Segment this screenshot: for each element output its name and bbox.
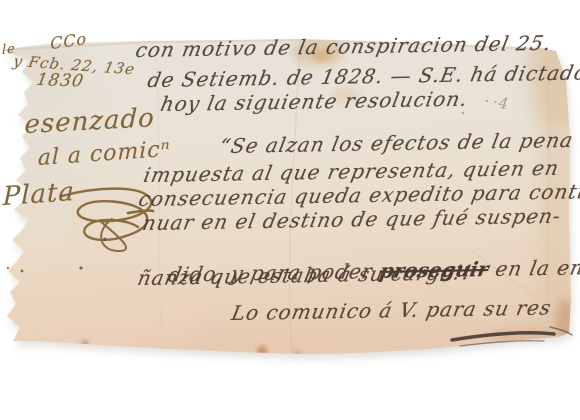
photo-canvas: le CCo y Fcb. 22, 13e 1830 esenzado al a… bbox=[0, 0, 580, 420]
faint-pencil-mark: ·4 bbox=[492, 95, 510, 112]
manuscript-line-3: hoy la siguiente resolucion. bbox=[159, 89, 470, 114]
manuscript-line-8-post: en la ense- bbox=[486, 255, 580, 281]
manuscript-line-10: Lo comunico á V. para su res bbox=[230, 297, 553, 323]
manuscript-line-9: ñanza que estaba á su cargo!! bbox=[136, 262, 474, 288]
manuscript-line-4: “Se alzan los efectos de la pena bbox=[218, 130, 575, 156]
margin-signature-name: Plata bbox=[3, 179, 76, 210]
margin-note-year: 1830 bbox=[35, 72, 85, 91]
margin-note-received: esenzado bbox=[24, 105, 155, 138]
